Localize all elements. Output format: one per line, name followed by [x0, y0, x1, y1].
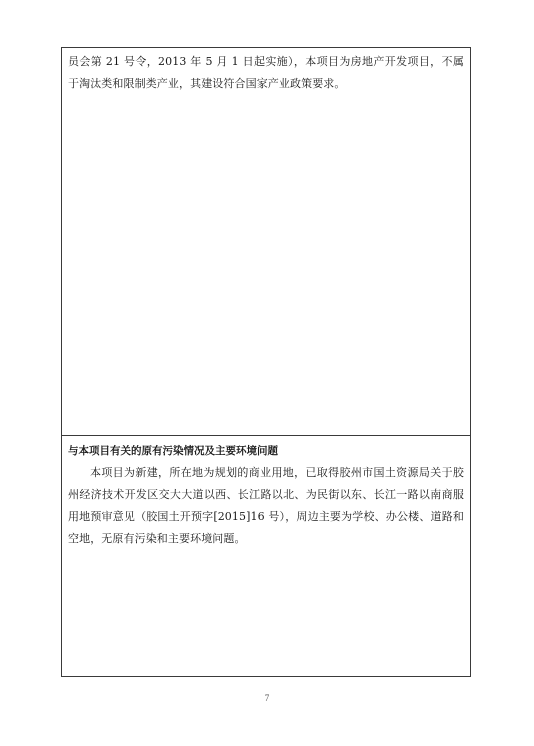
table-cell-existing-pollution: 与本项目有关的原有污染情况及主要环境问题 本项目为新建，所在地为规划的商业用地，… [62, 436, 470, 676]
table-cell-industrial-policy: 员会第 21 号令，2013 年 5 月 1 日起实施），本项目为房地产开发项目… [62, 48, 470, 436]
section-heading: 与本项目有关的原有污染情况及主要环境问题 [62, 436, 470, 460]
page-number: 7 [0, 693, 534, 703]
document-table: 员会第 21 号令，2013 年 5 月 1 日起实施），本项目为房地产开发项目… [61, 47, 471, 677]
policy-paragraph: 员会第 21 号令，2013 年 5 月 1 日起实施），本项目为房地产开发项目… [62, 48, 470, 95]
pollution-paragraph: 本项目为新建，所在地为规划的商业用地，已取得胶州市国土资源局关于胶州经济技术开发… [62, 460, 470, 550]
